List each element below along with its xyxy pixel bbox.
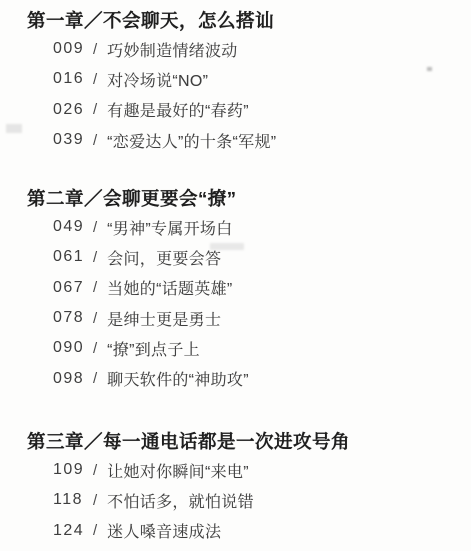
entry-title: 当她的“话题英雄” (107, 276, 232, 299)
toc-entry: 124 / 迷人嗓音速成法 (53, 516, 463, 546)
toc-entry: 098 / 聊天软件的“神助攻” (53, 363, 463, 393)
chapter-title: 第一章／不会聊天，怎么搭讪 (27, 8, 463, 34)
entry-page-number: 039 (53, 131, 86, 149)
chapter-entries: 009 / 巧妙制造情绪波动 016 / 对冷场说“NO” 026 / 有趣是最… (27, 34, 463, 155)
entry-separator: / (93, 522, 97, 539)
chapter-section-2: 第二章／会聊更要会“撩” 049 / “男神”专属开场白 061 / 会问，更要… (27, 186, 463, 394)
entry-separator: / (93, 101, 97, 118)
entry-separator: / (93, 462, 97, 479)
entry-title: 巧妙制造情绪波动 (107, 38, 237, 61)
entry-separator: / (93, 41, 97, 58)
toc-entry: 061 / 会问，更要会答 (53, 242, 463, 272)
toc-entry: 016 / 对冷场说“NO” (53, 64, 463, 94)
chapter-section-1: 第一章／不会聊天，怎么搭讪 009 / 巧妙制造情绪波动 016 / 对冷场说“… (27, 8, 463, 155)
entry-title: 不怕话多，就怕说错 (107, 489, 254, 512)
chapter-entries: 109 / 让她对你瞬间“来电” 118 / 不怕话多，就怕说错 124 / 迷… (27, 455, 463, 546)
entry-separator: / (93, 279, 97, 296)
entry-page-number: 016 (53, 70, 86, 88)
entry-separator: / (93, 370, 97, 387)
chapter-title: 第二章／会聊更要会“撩” (27, 186, 463, 212)
entry-page-number: 067 (53, 279, 86, 297)
toc-entry: 039 / “恋爱达人”的十条“军规” (53, 125, 463, 155)
entry-page-number: 118 (53, 491, 86, 509)
entry-title: “恋爱达人”的十条“军规” (107, 129, 276, 152)
entry-page-number: 078 (53, 309, 86, 327)
entry-title: 聊天软件的“神助攻” (107, 367, 249, 390)
entry-separator: / (93, 71, 97, 88)
entry-title: 对冷场说“NO” (107, 68, 208, 91)
entry-page-number: 098 (53, 370, 86, 388)
toc-entry: 090 / “撩”到点子上 (53, 333, 463, 363)
chapter-title: 第三章／每一通电话都是一次进攻号角 (27, 429, 463, 455)
entry-title: “撩”到点子上 (107, 337, 200, 360)
entry-page-number: 049 (53, 218, 86, 236)
entry-separator: / (93, 219, 97, 236)
entry-title: “男神”专属开场白 (107, 216, 232, 239)
entry-page-number: 124 (53, 522, 86, 540)
chapter-entries: 049 / “男神”专属开场白 061 / 会问，更要会答 067 / 当她的“… (27, 212, 463, 394)
entry-title: 迷人嗓音速成法 (107, 519, 221, 542)
toc-page: 第一章／不会聊天，怎么搭讪 009 / 巧妙制造情绪波动 016 / 对冷场说“… (0, 0, 471, 551)
toc-entry: 026 / 有趣是最好的“春药” (53, 95, 463, 125)
entry-title: 是绅士更是勇士 (107, 307, 221, 330)
entry-separator: / (93, 340, 97, 357)
entry-separator: / (93, 249, 97, 266)
toc-entry: 049 / “男神”专属开场白 (53, 212, 463, 242)
entry-page-number: 009 (53, 40, 86, 58)
entry-separator: / (93, 132, 97, 149)
toc-entry: 109 / 让她对你瞬间“来电” (53, 455, 463, 485)
entry-page-number: 061 (53, 248, 86, 266)
entry-title: 有趣是最好的“春药” (107, 98, 249, 121)
toc-entry: 009 / 巧妙制造情绪波动 (53, 34, 463, 64)
entry-page-number: 026 (53, 101, 86, 119)
entry-title: 会问，更要会答 (107, 246, 221, 269)
entry-title: 让她对你瞬间“来电” (107, 459, 249, 482)
entry-separator: / (93, 310, 97, 327)
toc-entry: 078 / 是绅士更是勇士 (53, 303, 463, 333)
scan-artifact (6, 124, 22, 133)
entry-page-number: 090 (53, 339, 86, 357)
toc-entry: 067 / 当她的“话题英雄” (53, 273, 463, 303)
chapter-section-3: 第三章／每一通电话都是一次进攻号角 109 / 让她对你瞬间“来电” 118 /… (27, 429, 463, 546)
entry-separator: / (93, 492, 97, 509)
entry-page-number: 109 (53, 461, 86, 479)
toc-entry: 118 / 不怕话多，就怕说错 (53, 485, 463, 515)
